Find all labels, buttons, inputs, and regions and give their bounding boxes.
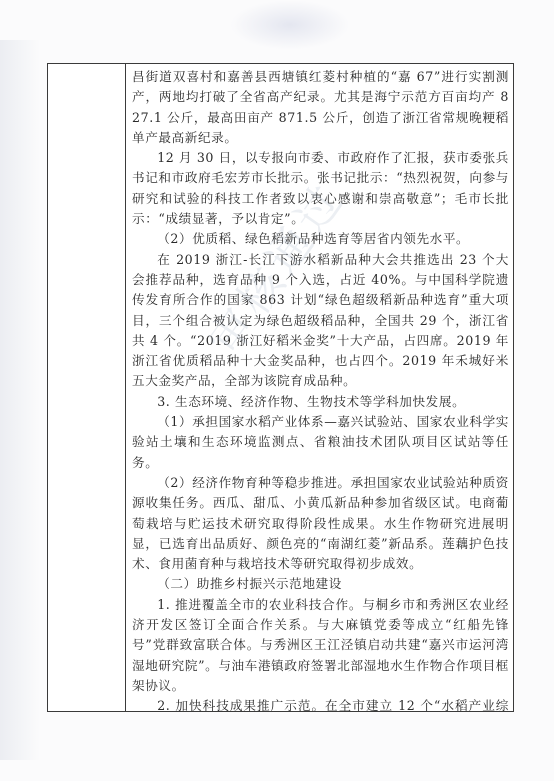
paragraph-national-tasks: （1）承担国家水稻产业体系—嘉兴试验站、国家农业科学实验站土壤和生态环境监测点、… [132, 412, 509, 473]
heading-disciplines: 3. 生态环境、经济作物、生物技术等学科加快发展。 [132, 392, 509, 412]
heading-rural-revitalization: （二）助推乡村振兴示范地建设 [132, 574, 509, 594]
scan-edge-shadow [0, 40, 40, 760]
document-table: 昌街道双喜村和嘉善县西塘镇红菱村种植的“嘉 67”进行实割测产，两地均打破了全省… [47, 63, 514, 712]
table-content-cell: 昌街道双喜村和嘉善县西塘镇红菱村种植的“嘉 67”进行实割测产，两地均打破了全省… [126, 64, 513, 711]
paragraph-rice-varieties: 在 2019 浙江-长江下游水稻新品种大会共推选出 23 个大会推荐品种，选育品… [132, 250, 509, 392]
paragraph-cooperation: 1. 推进覆盖全市的农业科技合作。与桐乡市和秀洲区农业经济开发区签订全面合作关系… [132, 595, 509, 696]
paragraph-leader-instructions: 12 月 30 日，以专报向市委、市政府作了汇报，获市委张兵书记和市政府毛宏芳市… [132, 148, 509, 229]
table-label-cell [48, 64, 126, 711]
paragraph-demonstration: 2. 加快科技成果推广示范。在全市建立 12 个“水稻产业综合 [132, 696, 509, 711]
heading-quality-rice: （2）优质稻、绿色稻新品种选育等居省内领先水平。 [132, 229, 509, 249]
paragraph-yield-record: 昌街道双喜村和嘉善县西塘镇红菱村种植的“嘉 67”进行实割测产，两地均打破了全省… [132, 67, 509, 148]
scan-smudge [230, 0, 350, 50]
paragraph-economic-crops: （2）经济作物育种等稳步推进。承担国家农业试验站种质资源收集任务。西瓜、甜瓜、小… [132, 473, 509, 574]
